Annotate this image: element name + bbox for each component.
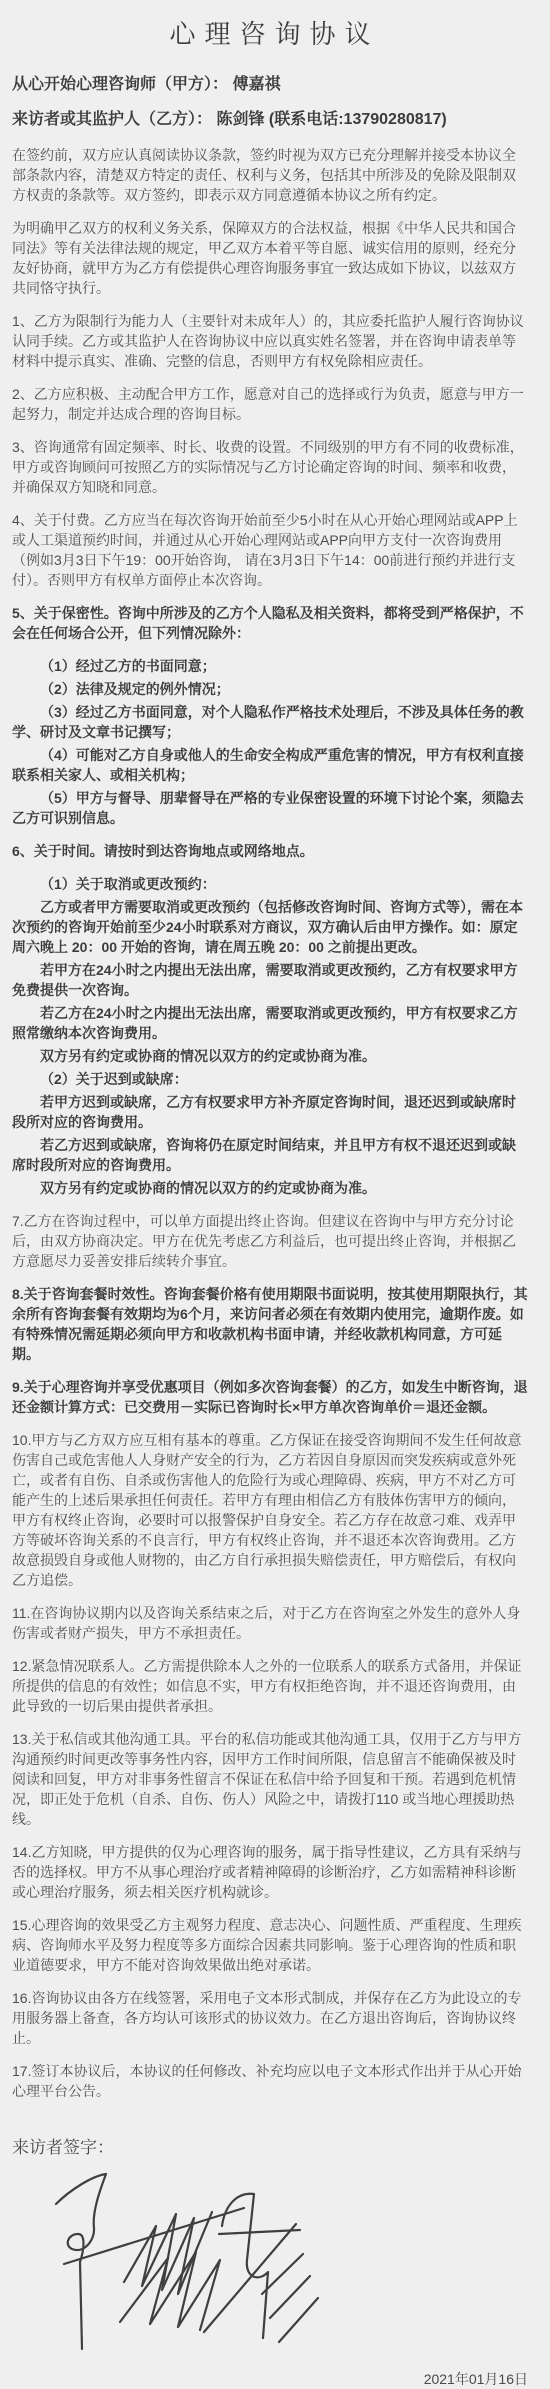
agreement-paragraph: 若甲方迟到或缺席，乙方有权要求甲方补齐原定咨询时间，退还迟到或缺席时段所对应的咨… xyxy=(12,1092,528,1132)
agreement-paragraph: 10.甲方与乙方双方应互相有基本的尊重。乙方保证在接受咨询期间不发生任何故意伤害… xyxy=(12,1430,528,1590)
visitor-signature xyxy=(26,2164,326,2359)
agreement-paragraph: 15.心理咨询的效果受乙方主观努力程度、意志决心、问题性质、严重程度、生理疾病、… xyxy=(12,1915,528,1975)
agreement-paragraph: 16.咨询协议由各方在线签署，采用电子文本形式制成，并保存在乙方为此设立的专用服… xyxy=(12,1988,528,2048)
agreement-paragraph: （3）经过乙方书面同意，对个人隐私作严格技术处理后，不涉及具体任务的教学、研讨及… xyxy=(12,702,528,742)
agreement-paragraph: 3、咨询通常有固定频率、时长、收费的设置。不同级别的甲方有不同的收费标准，甲方或… xyxy=(12,437,528,497)
agreement-paragraph: 6、关于时间。请按时到达咨询地点或网络地点。 xyxy=(12,841,528,861)
agreement-paragraph: （2）关于迟到或缺席： xyxy=(12,1069,528,1089)
agreement-paragraph: 2、乙方应积极、主动配合甲方工作，愿意对自己的选择或行为负责，愿意与甲方一起努力… xyxy=(12,384,528,424)
agreement-paragraph: 17.签订本协议后，本协议的任何修改、补充均应以电子文本形式作出并于从心开始心理… xyxy=(12,2061,528,2101)
party-a-line: 从心开始心理咨询师（甲方）： 傅嘉祺 xyxy=(12,73,528,97)
agreement-date: 2021年01月16日 xyxy=(12,2369,528,2389)
agreement-paragraph: 11.在咨询协议期内以及咨询关系结束之后，对于乙方在咨询室之外发生的意外人身伤害… xyxy=(12,1603,528,1643)
agreement-paragraph: （4）可能对乙方自身或他人的生命安全构成严重危害的情况，甲方有权利直接联系相关家… xyxy=(12,745,528,785)
agreement-paragraph: 为明确甲乙双方的权利义务关系，保障双方的合法权益，根据《中华人民共和国合同法》等… xyxy=(12,218,528,298)
agreement-paragraph: 14.乙方知晓，甲方提供的仅为心理咨询的服务，属于指导性建议，乙方具有采纳与否的… xyxy=(12,1842,528,1902)
agreement-paragraph: 若乙方在24小时之内提出无法出席，需要取消或更改预约，甲方有权要求乙方照常缴纳本… xyxy=(12,1003,528,1043)
agreement-paragraph: （2）法律及规定的例外情况； xyxy=(12,679,528,699)
agreement-paragraph: 7.乙方在咨询过程中，可以单方面提出终止咨询。但建议在咨询中与甲方充分讨论后，由… xyxy=(12,1211,528,1271)
agreement-paragraph: 9.关于心理咨询并享受优惠项目（例如多次咨询套餐）的乙方，如发生中断咨询，退还金… xyxy=(12,1377,528,1417)
agreement-paragraph: 双方另有约定或协商的情况以双方的约定或协商为准。 xyxy=(12,1046,528,1066)
agreement-page: 心理咨询协议 从心开始心理咨询师（甲方）： 傅嘉祺 来访者或其监护人（乙方）： … xyxy=(0,0,550,2389)
agreement-paragraph: 1、乙方为限制行为能力人（主要针对未成年人）的，其应委托监护人履行咨询协议认同手… xyxy=(12,311,528,371)
signature-label: 来访者签字： xyxy=(12,2133,528,2158)
agreement-paragraph: 双方另有约定或协商的情况以双方的约定或协商为准。 xyxy=(12,1178,528,1198)
party-b-line: 来访者或其监护人（乙方）： 陈剑锋 (联系电话:13790280817) xyxy=(12,108,528,132)
agreement-paragraph: （1）经过乙方的书面同意； xyxy=(12,656,528,676)
agreement-paragraph: 13.关于私信或其他沟通工具。平台的私信功能或其他沟通工具，仅用于乙方与甲方沟通… xyxy=(12,1729,528,1829)
agreement-paragraph: 4、关于付费。乙方应当在每次咨询开始前至少5小时在从心开始心理网站或APP上或人… xyxy=(12,510,528,590)
signature-scribble-icon xyxy=(26,2164,326,2359)
agreement-paragraph: （1）关于取消或更改预约： xyxy=(12,874,528,894)
agreement-paragraph: 在签约前，双方应认真阅读协议条款，签约时视为双方已充分理解并接受本协议全部条款内… xyxy=(12,145,528,205)
page-title: 心理咨询协议 xyxy=(12,14,528,51)
agreement-paragraph: 若乙方迟到或缺席，咨询将仍在原定时间结束，并且甲方有权不退还迟到或缺席时段所对应… xyxy=(12,1135,528,1175)
agreement-paragraph: 8.关于咨询套餐时效性。咨询套餐价格有使用期限书面说明，按其使用期限执行，其余所… xyxy=(12,1284,528,1364)
agreement-paragraph: 乙方或者甲方需要取消或更改预约（包括修改咨询时间、咨询方式等），需在本次预约的咨… xyxy=(12,897,528,957)
agreement-paragraph: 若甲方在24小时之内提出无法出席，需要取消或更改预约，乙方有权要求甲方免费提供一… xyxy=(12,960,528,1000)
agreement-body: 在签约前，双方应认真阅读协议条款，签约时视为双方已充分理解并接受本协议全部条款内… xyxy=(12,145,528,2101)
agreement-paragraph: （5）甲方与督导、朋辈督导在严格的专业保密设置的环境下讨论个案，须隐去乙方可识别… xyxy=(12,788,528,828)
agreement-paragraph: 12.紧急情况联系人。乙方需提供除本人之外的一位联系人的联系方式备用，并保证所提… xyxy=(12,1656,528,1716)
agreement-paragraph: 5、关于保密性。咨询中所涉及的乙方个人隐私及相关资料，都将受到严格保护，不会在任… xyxy=(12,603,528,643)
